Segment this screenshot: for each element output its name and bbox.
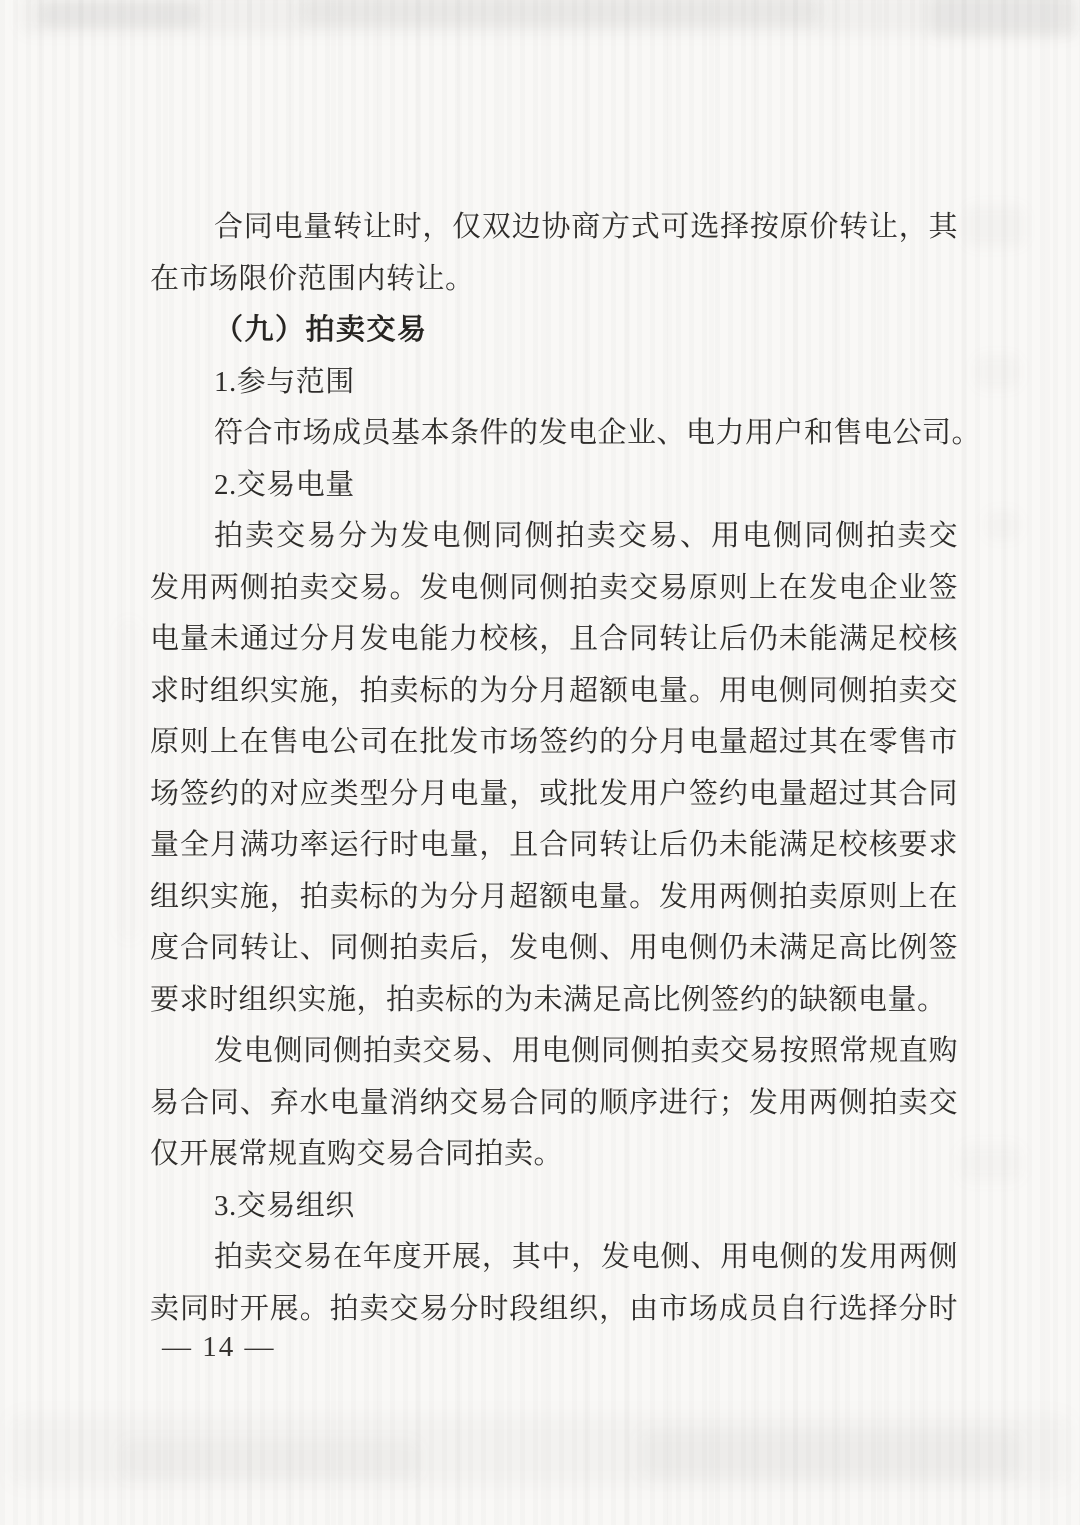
scan-smudge [960, 1145, 1022, 1181]
scan-smudge [640, 1430, 1020, 1480]
page-number: — 14 — [162, 1322, 276, 1373]
text-line: 1.参与范围 [150, 357, 958, 409]
text-line: 发电侧同侧拍卖交易、用电侧同侧拍卖交易按照常规直购交 [150, 1026, 958, 1078]
text-line: 在市场限价范围内转让。 [150, 254, 958, 306]
text-line: 电量未通过分月发电能力校核，且合同转让后仍未能满足校核要 [150, 614, 958, 666]
scan-smudge [965, 205, 1025, 247]
scan-smudge [20, 0, 1070, 34]
scan-smudge [975, 355, 1020, 389]
text-line: 3.交易组织 [150, 1181, 958, 1233]
document-page: 合同电量转让时，仅双边协商方式可选择按原价转让，其他在市场限价范围内转让。（九）… [0, 0, 1080, 1525]
text-line: 求时组织实施，拍卖标的为分月超额电量。用电侧同侧拍卖交易 [150, 666, 958, 718]
scan-smudge [40, 2, 200, 28]
scan-smudge [300, 0, 820, 26]
scan-smudge [930, 0, 1080, 38]
text-line: 要求时组织实施，拍卖标的为未满足高比例签约的缺额电量。 [150, 975, 958, 1027]
text-line: 拍卖交易分为发电侧同侧拍卖交易、用电侧同侧拍卖交易、 [150, 511, 958, 563]
text-line: 拍卖交易在年度开展，其中，发电侧、用电侧的发用两侧拍 [150, 1232, 958, 1284]
text-line: 量全月满功率运行时电量，且合同转让后仍未能满足校核要求时 [150, 820, 958, 872]
text-line: 2.交易电量 [150, 460, 958, 512]
scan-smudge [985, 510, 1020, 540]
scan-smudge [118, 620, 140, 940]
scan-smudge [10, 1415, 1070, 1485]
text-line: 发用两侧拍卖交易。发电侧同侧拍卖交易原则上在发电企业签约 [150, 563, 958, 615]
text-line: 合同电量转让时，仅双边协商方式可选择按原价转让，其他 [150, 202, 958, 254]
text-lines: 合同电量转让时，仅双边协商方式可选择按原价转让，其他在市场限价范围内转让。（九）… [150, 202, 958, 1335]
text-line: 仅开展常规直购交易合同拍卖。 [150, 1129, 958, 1181]
text-line: 易合同、弃水电量消纳交易合同的顺序进行；发用两侧拍卖交易 [150, 1078, 958, 1130]
section-heading: （九）拍卖交易 [150, 305, 958, 357]
scan-smudge [120, 1440, 420, 1480]
text-line: 场签约的对应类型分月电量，或批发用户签约电量超过其合同容 [150, 769, 958, 821]
text-line: 原则上在售电公司在批发市场签约的分月电量超过其在零售市 [150, 717, 958, 769]
text-line: 符合市场成员基本条件的发电企业、电力用户和售电公司。 [150, 408, 958, 460]
text-line: 度合同转让、同侧拍卖后，发电侧、用电侧仍未满足高比例签约 [150, 923, 958, 975]
text-line: 组织实施，拍卖标的为分月超额电量。发用两侧拍卖原则上在年 [150, 872, 958, 924]
